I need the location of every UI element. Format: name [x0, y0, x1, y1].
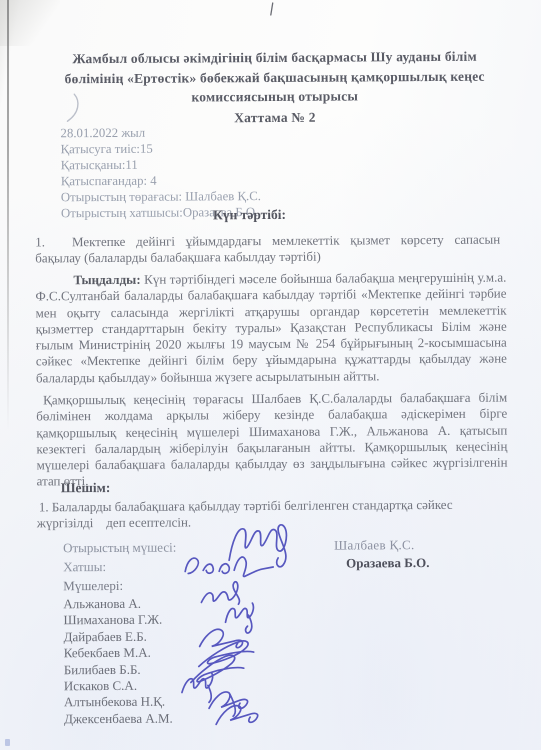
attended-count: Қатысқаны:11: [61, 157, 261, 174]
heard-label: Тыңдалды:: [73, 272, 140, 287]
scan-corner-artifact: [5, 739, 10, 746]
title-line-3: комиссиясының отырысы: [36, 86, 513, 108]
agenda-item-1: 1.Мектепке дейінгі ұйымдардағы мемлекетт…: [35, 232, 500, 267]
top-tick-mark: [266, 2, 278, 18]
document-title: Жамбыл облысы әкімдігінің білім басқарма…: [36, 47, 513, 129]
signature-ink-bilibaev: [191, 655, 244, 682]
signatures-ink-overlay: [141, 517, 412, 739]
heard-paragraph: Тыңдалды: Күн тәртібіндегі мәселе бойынш…: [35, 270, 507, 387]
absent-count: Қатыспағандар: 4: [61, 173, 261, 190]
faint-scribble-mark: [58, 91, 88, 127]
decision-heading: Шешім:: [61, 480, 111, 496]
signature-ink-shimakhanova: [225, 603, 253, 633]
title-line-2: бөлімінің «Ертөстік» бөбекжай бақшасының…: [36, 66, 513, 88]
meeting-chairman: Отырыстың төрағасы: Шалбаев Қ.С.: [61, 189, 261, 206]
title-line-1: Жамбыл облысы әкімдігінің білім басқарма…: [36, 47, 513, 69]
should-attend-count: Қатысуга тиіс:15: [61, 141, 261, 158]
signature-ink-kebekbaev: [199, 641, 254, 667]
scanned-document-page: Жамбыл облысы әкімдігінің білім басқарма…: [0, 0, 541, 750]
decision-line-1: 1. Балаларды балабақшаға қабылдау тәртіб…: [39, 497, 506, 516]
agenda-item-text: Мектепке дейінгі ұйымдардағы мемлекеттік…: [35, 232, 500, 266]
agenda-item-number: 1.: [35, 234, 45, 249]
signature-ink-dairabaev: [200, 629, 243, 648]
document-content: Жамбыл облысы әкімдігінің білім басқарма…: [0, 0, 541, 750]
meeting-date: 28.01.2022 жыл: [60, 125, 260, 142]
signature-ink-altynbekova: [209, 692, 248, 717]
signature-ink-alzhanova: [201, 582, 239, 605]
agenda-heading: Күн тәртібі:: [0, 206, 500, 225]
chairman-paragraph: Қамқоршылық кеңесінің төрағасы Шалбаев Қ…: [36, 390, 508, 491]
signature-ink-jeksenbaeva: [216, 706, 258, 725]
